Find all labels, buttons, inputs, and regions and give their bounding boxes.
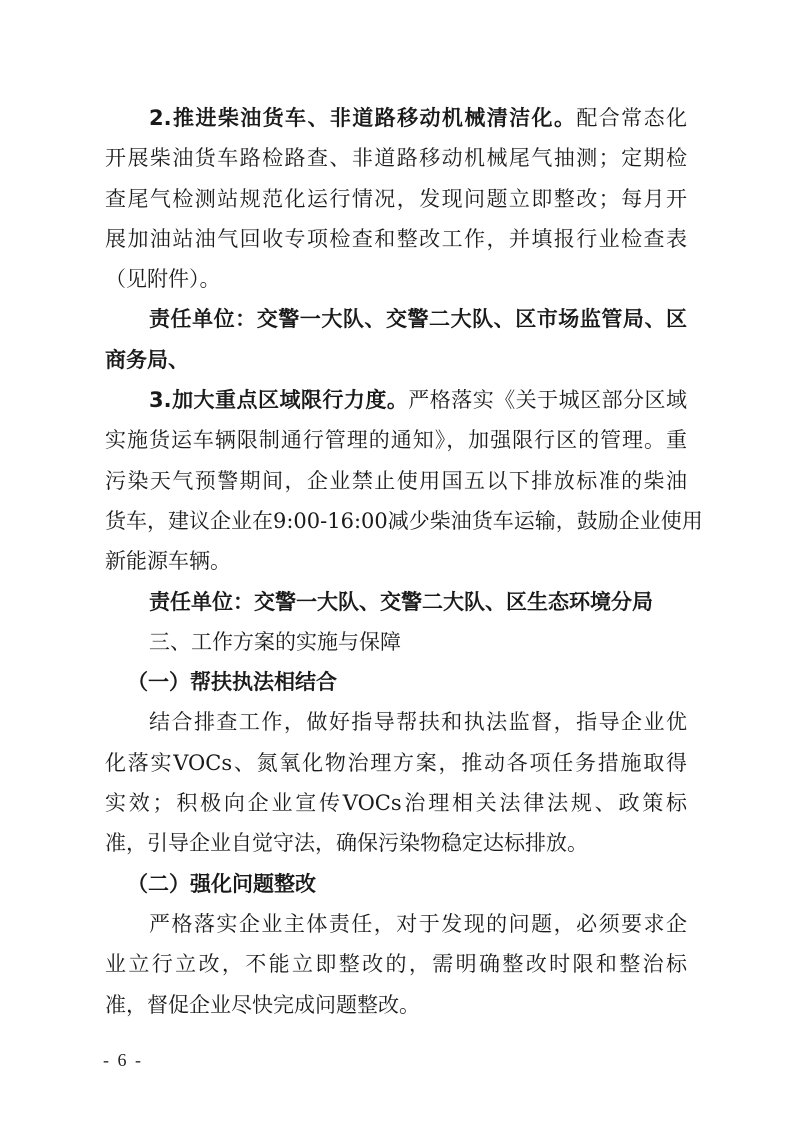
item2-text: 配合常态化 [576, 106, 687, 130]
sub1-paragraph-line-4: 准，引导企业自觉守法，确保污染物稳定达标排放。 [105, 823, 687, 863]
section3-sub1-heading: （一）帮扶执法相结合 [105, 662, 687, 702]
item2-paragraph-line-5: （见附件）。 [105, 259, 687, 299]
sub1-paragraph-line-3: 实效；积极向企业宣传VOCs治理相关法律法规、政策标 [105, 783, 687, 823]
item3-text: 严格落实《关于城区部分区域 [408, 388, 687, 412]
responsible-label: 责任单位： [149, 590, 254, 614]
document-page: 2.推进柴油货车、非道路移动机械清洁化。配合常态化 开展柴油货车路检路查、非道路… [105, 98, 687, 1025]
item2-paragraph-line-3: 查尾气检测站规范化运行情况，发现问题立即整改；每月开 [105, 179, 687, 219]
item2-paragraph-line-2: 开展柴油货车路检路查、非道路移动机械尾气抽测；定期检 [105, 138, 687, 178]
item2-responsible-line-1: 责任单位：交警一大队、交警二大队、区市场监管局、区 [105, 299, 687, 339]
item2-title: 2.推进柴油货车、非道路移动机械清洁化。 [149, 106, 576, 130]
sub2-paragraph-line-1: 严格落实企业主体责任，对于发现的问题，必须要求企 [105, 904, 687, 944]
item3-paragraph-line-3: 污染天气预警期间，企业禁止使用国五以下排放标准的柴油 [105, 461, 687, 501]
section3-sub2-heading: （二）强化问题整改 [105, 864, 687, 904]
responsible-label: 责任单位： [149, 307, 257, 331]
responsible-units: 交警一大队、交警二大队、区市场监管局、区 [257, 307, 687, 331]
section3-heading: 三、工作方案的实施与保障 [105, 622, 687, 662]
item2-responsible-line-2: 商务局、 [105, 340, 687, 380]
item3-paragraph-line-4: 货车，建议企业在9:00-16:00减少柴油货车运输，鼓励企业使用 [105, 501, 687, 541]
item3-title: 3.加大重点区域限行力度。 [149, 388, 408, 412]
item3-paragraph-line-1: 3.加大重点区域限行力度。严格落实《关于城区部分区域 [105, 380, 687, 420]
item2-paragraph-line-4: 展加油站油气回收专项检查和整改工作，并填报行业检查表 [105, 219, 687, 259]
sub1-paragraph-line-1: 结合排查工作，做好指导帮扶和执法监督，指导企业优 [105, 702, 687, 742]
item3-paragraph-line-5: 新能源车辆。 [105, 541, 687, 581]
sub2-paragraph-line-3: 准，督促企业尽快完成问题整改。 [105, 985, 687, 1025]
responsible-units: 交警一大队、交警二大队、区生态环境分局 [254, 590, 653, 614]
sub1-paragraph-line-2: 化落实VOCs、氮氧化物治理方案，推动各项任务措施取得 [105, 743, 687, 783]
item2-paragraph-line-1: 2.推进柴油货车、非道路移动机械清洁化。配合常态化 [105, 98, 687, 138]
item3-responsible-line-1: 责任单位：交警一大队、交警二大队、区生态环境分局 [105, 582, 687, 622]
sub2-paragraph-line-2: 业立行立改，不能立即整改的，需明确整改时限和整治标 [105, 944, 687, 984]
page-number: - 6 - [103, 1050, 143, 1071]
item3-paragraph-line-2: 实施货运车辆限制通行管理的通知》，加强限行区的管理。重 [105, 420, 687, 460]
